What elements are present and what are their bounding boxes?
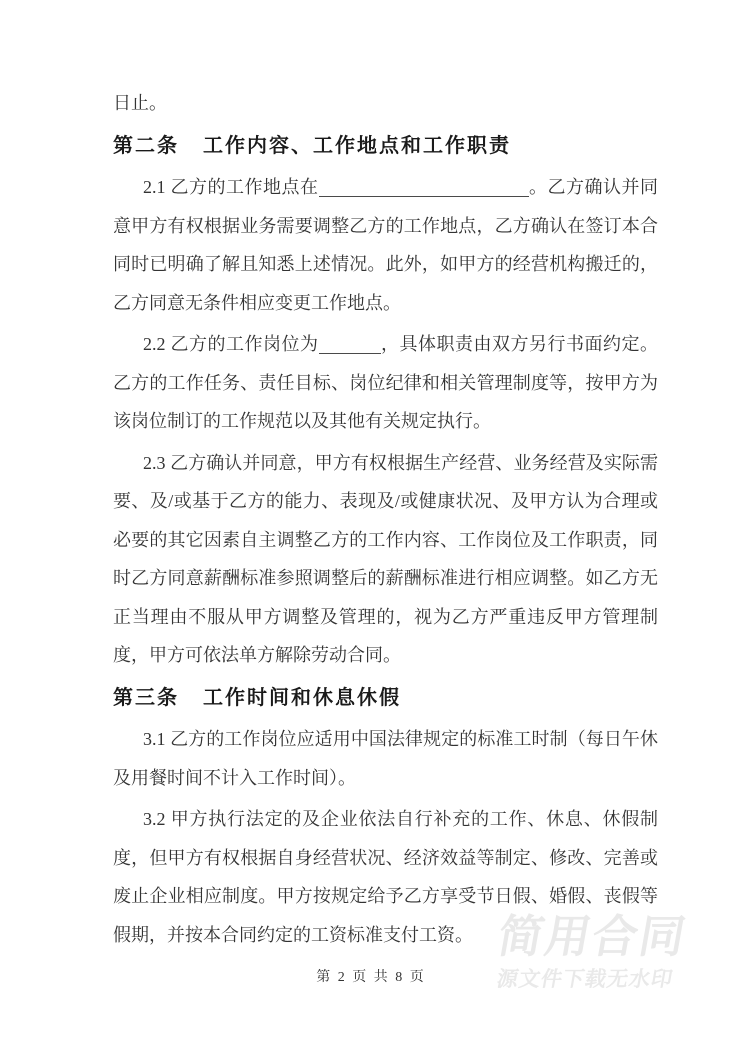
- contract-page: 日止。 第二条工作内容、工作地点和工作职责 2.1 乙方的工作地点在。乙方确认并…: [0, 0, 742, 1049]
- clause-3-2: 3.2 甲方执行法定的及企业依法自行补充的工作、休息、休假制度，但甲方有权根据自…: [113, 800, 658, 954]
- continuation-text: 日止。: [113, 93, 167, 113]
- clause-3-2-text: 3.2 甲方执行法定的及企业依法自行补充的工作、休息、休假制度，但甲方有权根据自…: [113, 809, 658, 945]
- fill-blank-job-position[interactable]: [319, 344, 381, 354]
- clause-2-3: 2.3 乙方确认并同意，甲方有权根据生产经营、业务经营及实际需要、及/或基于乙方…: [113, 444, 658, 675]
- clause-2-2: 2.2 乙方的工作岗位为，具体职责由双方另行书面约定。乙方的工作任务、责任目标、…: [113, 325, 658, 441]
- article-2-number: 第二条: [113, 135, 179, 157]
- continuation-paragraph: 日止。: [113, 84, 658, 123]
- page-footer: 第 2 页 共 8 页: [0, 966, 742, 986]
- clause-2-1-text-after: 。乙方确认并同意甲方有权根据业务需要调整乙方的工作地点，乙方确认在签订本合同时已…: [113, 177, 658, 313]
- clause-2-1-text-before: 2.1 乙方的工作地点在: [143, 177, 319, 197]
- clause-3-1-text: 3.1 乙方的工作岗位应适用中国法律规定的标准工时制（每日午休及用餐时间不计入工…: [113, 729, 658, 788]
- article-2-heading: 第二条工作内容、工作地点和工作职责: [113, 127, 658, 166]
- article-2-title: 工作内容、工作地点和工作职责: [203, 135, 511, 157]
- document-body: 日止。 第二条工作内容、工作地点和工作职责 2.1 乙方的工作地点在。乙方确认并…: [113, 84, 658, 954]
- article-3-title: 工作时间和休息休假: [203, 687, 401, 709]
- clause-2-1: 2.1 乙方的工作地点在。乙方确认并同意甲方有权根据业务需要调整乙方的工作地点，…: [113, 168, 658, 322]
- fill-blank-work-location[interactable]: [319, 187, 529, 197]
- clause-2-2-text-before: 2.2 乙方的工作岗位为: [143, 334, 319, 354]
- clause-2-3-text: 2.3 乙方确认并同意，甲方有权根据生产经营、业务经营及实际需要、及/或基于乙方…: [113, 453, 658, 666]
- article-3-number: 第三条: [113, 687, 179, 709]
- clause-3-1: 3.1 乙方的工作岗位应适用中国法律规定的标准工时制（每日午休及用餐时间不计入工…: [113, 720, 658, 797]
- article-3-heading: 第三条工作时间和休息休假: [113, 679, 658, 718]
- page-number-label: 第 2 页 共 8 页: [316, 970, 426, 985]
